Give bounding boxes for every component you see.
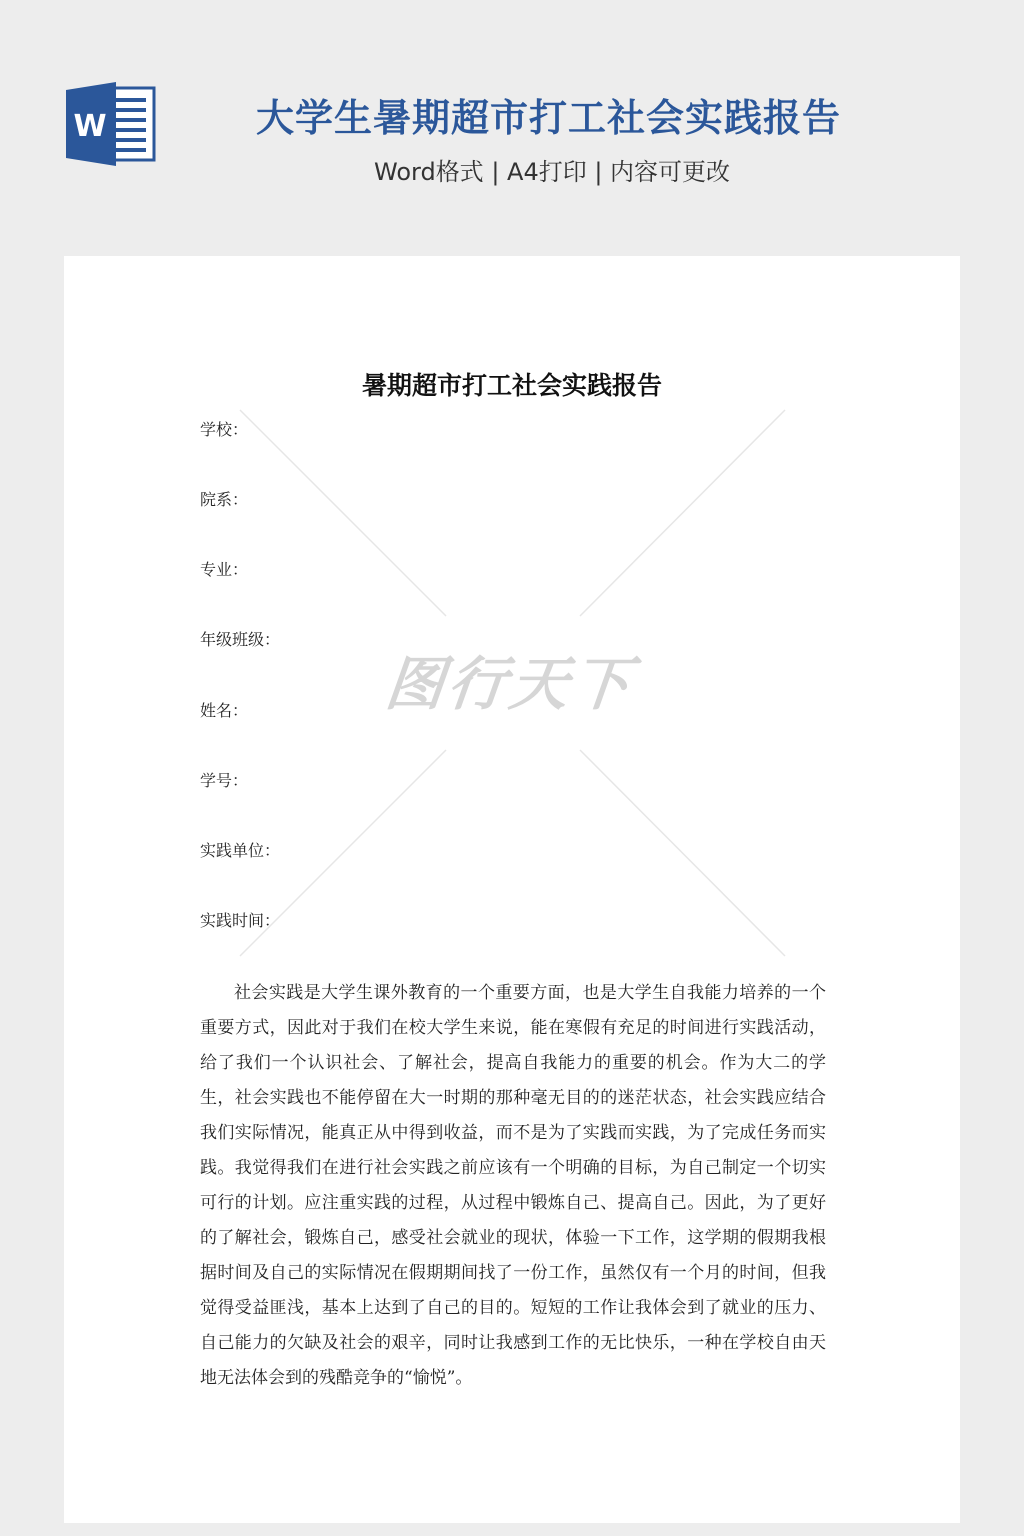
svg-text:W: W xyxy=(73,109,106,144)
field-name: 姓名： xyxy=(200,697,248,725)
field-grade-class: 年级班级： xyxy=(200,626,280,654)
word-icon: W xyxy=(64,80,158,166)
document-title: 暑期超市打工社会实践报告 xyxy=(64,366,960,406)
header-subtitle: Word格式 | A4打印 | 内容可更改 xyxy=(374,154,774,190)
field-department: 院系： xyxy=(200,486,248,514)
field-school: 学校： xyxy=(200,416,248,444)
field-practice-time: 实践时间： xyxy=(200,907,280,935)
field-major: 专业： xyxy=(200,556,248,584)
field-student-id: 学号： xyxy=(200,767,248,795)
field-practice-unit: 实践单位： xyxy=(200,837,280,865)
body-paragraph: 社会实践是大学生课外教育的一个重要方面，也是大学生自我能力培养的一个重要方式，因… xyxy=(200,976,826,1396)
document-page: 图行天下 暑期超市打工社会实践报告 学校： 院系： 专业： 年级班级： 姓名： … xyxy=(64,256,960,1523)
page-header: W 大学生暑期超市打工社会实践报告 Word格式 | A4打印 | 内容可更改 xyxy=(0,0,1024,256)
header-title: 大学生暑期超市打工社会实践报告 xyxy=(256,92,856,144)
watermark-text: 图行天下 xyxy=(381,639,640,729)
